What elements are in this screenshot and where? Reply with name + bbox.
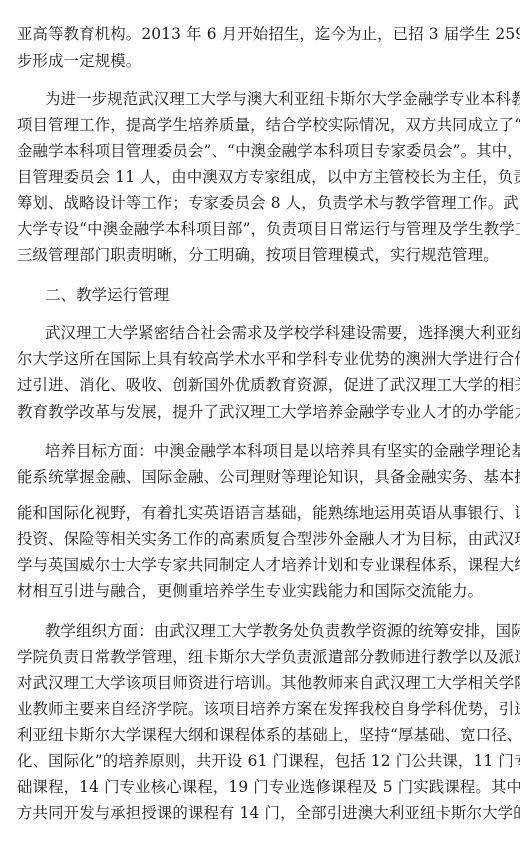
paragraph-line: 亚高等教育机构。2013 年 6 月开始招生，迄今为止，已招 3 届学生 259… [17, 24, 520, 44]
paragraph-line: 筹划、战略设计等工作；专家委员会 8 人，负责学术与教学管理工作。武汉理工 [17, 193, 520, 213]
paragraph-line: 金融学本科项目管理委员会”、“中澳金融学本科项目专家委员会”。其中，项 [17, 141, 520, 161]
paragraph-line: 材相互引进与融合，更侧重培养学生专业实践能力和国际交流能力。 [17, 581, 483, 601]
section-heading: 二、教学运行管理 [45, 285, 169, 305]
paragraph-line: 教学组织方面：由武汉理工大学教务处负责教学资源的统筹安排，国际教育 [45, 621, 520, 641]
paragraph-line: 步形成一定规模。 [17, 51, 141, 71]
paragraph-line: 三级管理部门职责明晰，分工明确，按项目管理模式，实行规范管理。 [17, 245, 499, 265]
paragraph-line: 础课程，14 门专业核心课程，19 门专业选修课程及 5 门实践课程。其中中澳双 [17, 777, 520, 797]
paragraph-line: 方共同开发与承担授课的课程有 14 门，全部引进澳大利亚纽卡斯尔大学的课程 [17, 803, 520, 823]
paragraph-line: 业教师主要来自经济学院。该项目培养方案在发挥我校自身学科优势，引进澳大 [17, 699, 520, 719]
paragraph-line: 尔大学这所在国际上具有较高学术水平和学科专业优势的澳洲大学进行合作，通 [17, 349, 520, 369]
paragraph-line: 为进一步规范武汉理工大学与澳大利亚纽卡斯尔大学金融学专业本科教育 [45, 89, 520, 109]
paragraph-line: 教育教学改革与发展，提升了武汉理工大学培养金融学专业人才的办学能力。 [17, 402, 520, 422]
paragraph-line: 能系统掌握金融、国际金融、公司理财等理论知识，具备金融实务、基本操作技 [17, 467, 520, 487]
paragraph-line: 对武汉理工大学该项目师资进行培训。其他教师来自武汉理工大学相关学院，专 [17, 673, 520, 693]
paragraph-line: 项目管理工作，提高学生培养质量，结合学校实际情况，双方共同成立了“中澳 [17, 115, 520, 135]
document-page: 亚高等教育机构。2013 年 6 月开始招生，迄今为止，已招 3 届学生 259… [0, 0, 520, 846]
paragraph-line: 目管理委员会 11 人，由中澳双方专家组成，以中方主管校长为主任，负责项目 [17, 167, 520, 187]
paragraph-line: 大学专设“中澳金融学本科项目部”，负责项目日常运行与管理及学生教学工作。 [17, 219, 520, 239]
paragraph-line: 投资、保险等相关实务工作的高素质复合型涉外金融人才为目标，由武汉理工大 [17, 529, 520, 549]
paragraph-line: 学与英国威尔士大学专家共同制定人才培养计划和专业课程体系，课程大纲与教 [17, 555, 520, 575]
paragraph-line: 培养目标方面：中澳金融学本科项目是以培养具有坚实的金融学理论基础， [45, 441, 520, 461]
paragraph-line: 武汉理工大学紧密结合社会需求及学校学科建设需要，选择澳大利亚纽卡斯 [45, 323, 520, 343]
paragraph-line: 学院负责日常教学管理，纽卡斯尔大学负责派遣部分教师进行教学以及派遣专家 [17, 647, 520, 667]
paragraph-line: 化、国际化”的培养原则，共开设 61 门课程，包括 12 门公共课，11 门专业… [17, 751, 520, 771]
paragraph-line: 过引进、消化、吸收、创新国外优质教育资源，促进了武汉理工大学的相关学科 [17, 375, 520, 395]
paragraph-line: 利亚纽卡斯尔大学课程大纲和课程体系的基础上，坚持“厚基础、宽口径、多样 [17, 725, 520, 745]
paragraph-line: 能和国际化视野，有着扎实英语语言基础，能熟练地运用英语从事银行、证券、 [17, 503, 520, 523]
